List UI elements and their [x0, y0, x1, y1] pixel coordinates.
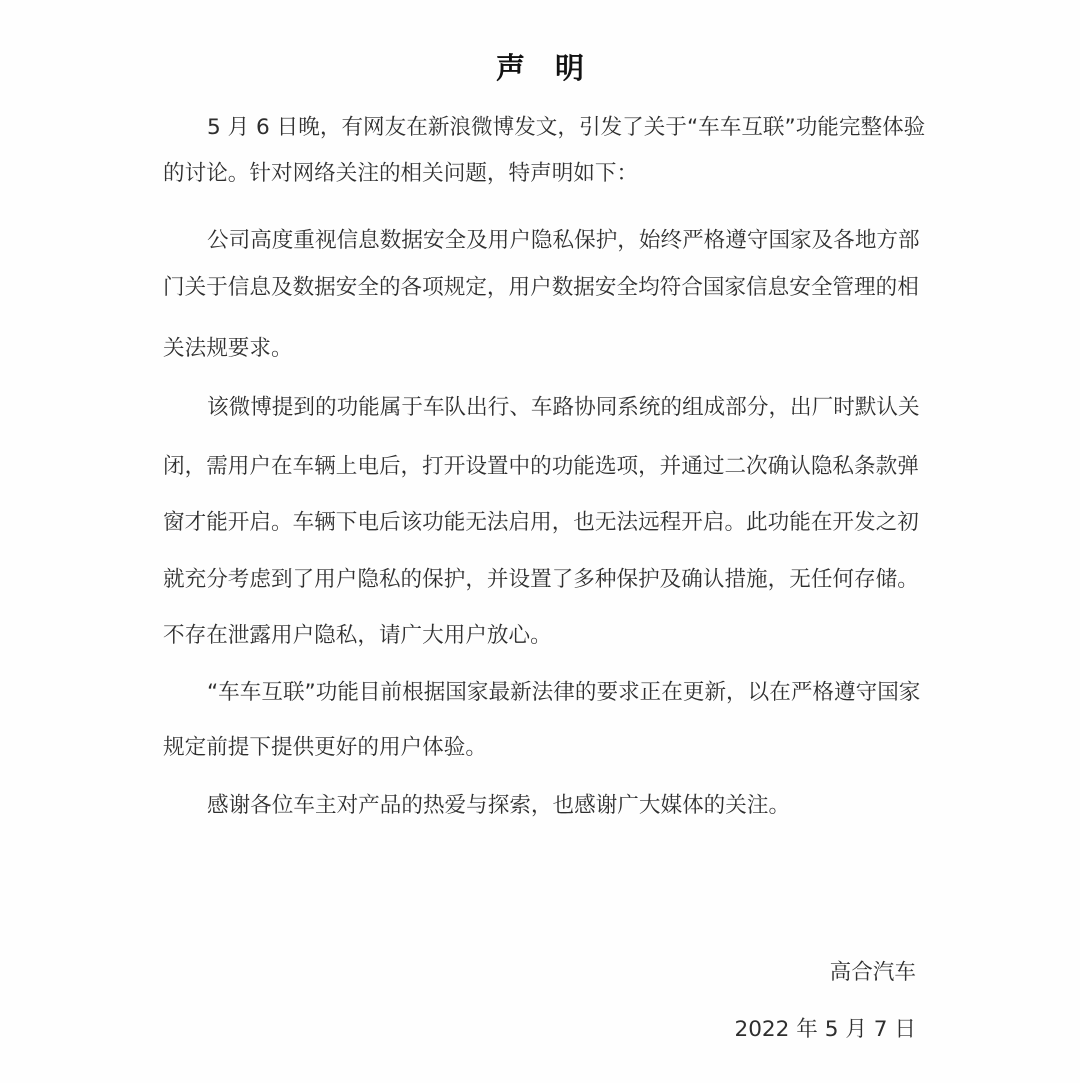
paragraph-2-line-3: 关法规要求。 [163, 334, 923, 364]
title-char-1: 声 [496, 51, 525, 85]
title-char-2: 明 [555, 51, 584, 85]
paragraph-2-line-1: 公司高度重视信息数据安全及用户隐私保护，始终严格遵守国家及各地方部 [207, 226, 967, 256]
signature-date: 2022 年 5 月 7 日 [734, 1015, 916, 1045]
paragraph-3-line-5: 不存在泄露用户隐私，请广大用户放心。 [163, 621, 923, 651]
paragraph-1-line-1: 5 月 6 日晚，有网友在新浪微博发文，引发了关于“车车互联”功能完整体验 [207, 113, 967, 143]
paragraph-3-line-1: 该微博提到的功能属于车队出行、车路协同系统的组成部分，出厂时默认关 [207, 393, 967, 423]
signature-company: 高合汽车 [830, 958, 916, 988]
paragraph-2-line-2: 门关于信息及数据安全的各项规定，用户数据安全均符合国家信息安全管理的相 [163, 273, 923, 303]
paragraph-4-line-1: “车车互联”功能目前根据国家最新法律的要求正在更新，以在严格遵守国家 [207, 678, 967, 708]
statement-page: 声明 5 月 6 日晚，有网友在新浪微博发文，引发了关于“车车互联”功能完整体验… [0, 0, 1080, 1083]
paragraph-3-line-4: 就充分考虑到了用户隐私的保护，并设置了多种保护及确认措施，无任何存储。 [163, 565, 923, 595]
paragraph-3-line-3: 窗才能开启。车辆下电后该功能无法启用，也无法远程开启。此功能在开发之初 [163, 508, 923, 538]
paragraph-5-line-1: 感谢各位车主对产品的热爱与探索，也感谢广大媒体的关注。 [207, 791, 967, 821]
page-title: 声明 [0, 48, 1080, 88]
paragraph-1-line-2: 的讨论。针对网络关注的相关问题，特声明如下： [163, 159, 923, 189]
paragraph-4-line-2: 规定前提下提供更好的用户体验。 [163, 733, 923, 763]
paragraph-3-line-2: 闭，需用户在车辆上电后，打开设置中的功能选项，并通过二次确认隐私条款弹 [163, 452, 923, 482]
